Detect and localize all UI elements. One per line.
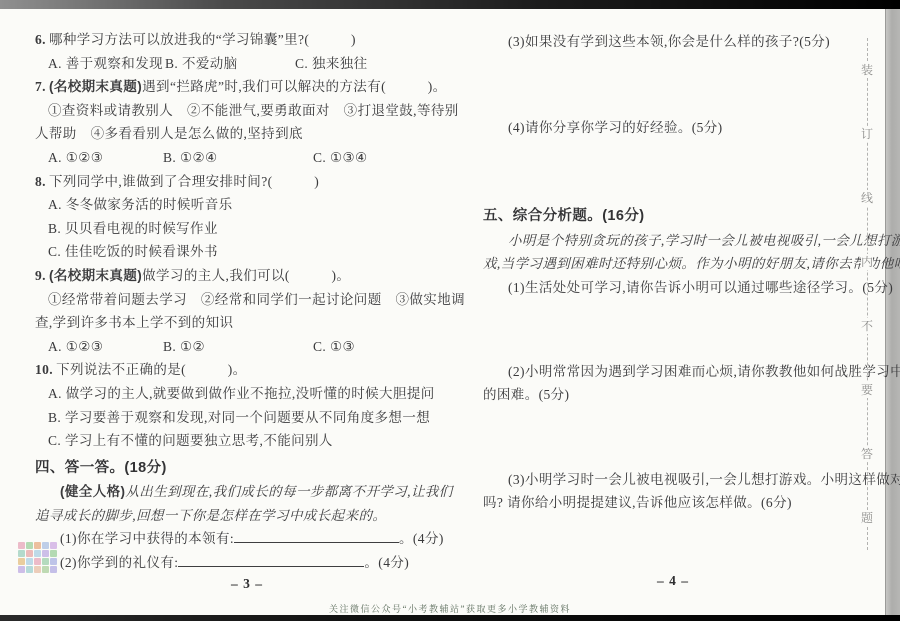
answer-blank-line [178,553,364,567]
question-10-option-a: A. 做学习的主人,就要做到做作业不拖拉,没听懂的时候大胆提问 [35,382,459,406]
blank-label: (2)你学到的礼仪有: [60,555,178,570]
section-4-item-3: (3)如果没有学到这些本领,你会是什么样的孩子?(5分) [483,30,863,54]
page-edge-shadow [885,9,900,615]
question-text: 下列同学中,谁做到了合理安排时间?( ) [49,174,319,189]
question-number: 7. [35,79,46,94]
blank-score: 。(4分) [364,555,409,570]
question-9-items-2: 查,学到许多书本上学不到的知识 [35,311,459,335]
question-10-stem: 10.下列说法不正确的是( )。 [35,358,459,382]
scanned-exam-page: { "left": { "q6": { "num": "6.", "text":… [0,0,900,621]
fill-blank-1: (1)你在学习中获得的本领有:。(4分) [35,527,459,551]
option-a: A. 善于观察和发现 [48,52,165,76]
question-8-option-a: A. 冬冬做家务活的时候听音乐 [35,193,459,217]
option-c: C. ①③ [313,335,355,359]
intro-text: 从出生到现在,我们成长的每一步都离不开学习,让我们 [125,484,452,499]
question-6-options: A. 善于观察和发现B. 不爱动脑C. 独来独往 [35,52,459,76]
section-5-title: 五、综合分析题。(16分) [483,205,863,229]
option-c: C. ①③④ [313,146,367,170]
section-4-item-4: (4)请你分享你学习的好经验。(5分) [483,116,863,140]
question-text: 做学习的主人,我们可以( )。 [142,268,350,283]
section-5-intro-1: 小明是个特别贪玩的孩子,学习时一会儿被电视吸引,一会儿想打游 [483,229,863,253]
question-number: 6. [35,32,46,47]
binding-line: 装订线内不要答题 [858,38,876,550]
question-6-stem: 6.哪种学习方法可以放进我的“学习锦囊”里?( ) [35,28,459,52]
fill-blank-2: (2)你学到的礼仪有:。(4分) [35,551,459,575]
option-b: B. ①②④ [163,146,313,170]
question-text: 遇到“拦路虎”时,我们可以解决的方法有( )。 [142,79,446,94]
blank-score: 。(4分) [399,531,444,546]
page-number-4: – 4 – [483,573,863,589]
scan-bottom-edge [0,615,900,621]
section-5-item-3-line-1: (3)小明学习时一会儿被电视吸引,一会儿想打游戏。小明这样做对 [483,468,863,492]
question-text: 哪种学习方法可以放进我的“学习锦囊”里?( ) [49,32,356,47]
page-number-3: – 3 – [35,576,459,592]
question-7-items-2: 人帮助 ④多看看别人是怎么做的,坚持到底 [35,122,459,146]
section-4-title: 四、答一答。(18分) [35,457,459,481]
question-number: 9. [35,268,46,283]
exam-source-tag: (名校期末真题) [49,79,142,94]
section-5-item-1: (1)生活处处可学习,请你告诉小明可以通过哪些途径学习。(5分) [483,276,863,300]
question-number: 8. [35,174,46,189]
exam-source-tag: (名校期末真题) [49,268,142,283]
option-a: A. ①②③ [48,146,163,170]
publisher-watermark: 关注微信公众号“小考教辅站”获取更多小学教辅资料 [0,602,900,615]
competency-tag: (健全人格) [60,484,125,499]
section-4-intro-1: (健全人格)从出生到现在,我们成长的每一步都离不开学习,让我们 [35,480,459,504]
option-c: C. 独来独往 [295,52,368,76]
question-7-stem: 7.(名校期末真题)遇到“拦路虎”时,我们可以解决的方法有( )。 [35,75,459,99]
question-9-stem: 9.(名校期末真题)做学习的主人,我们可以( )。 [35,264,459,288]
question-10-option-c: C. 学习上有不懂的问题要独立思考,不能问别人 [35,429,459,453]
option-b: B. ①② [163,335,313,359]
answer-blank-line [234,529,399,543]
section-4-intro-2: 追寻成长的脚步,回想一下你是怎样在学习中成长起来的。 [35,504,459,528]
section-5-intro-2: 戏,当学习遇到困难时还特别心烦。作为小明的好朋友,请你去帮助他吧。 [483,252,863,276]
colorful-watermark [18,542,60,573]
question-8-option-b: B. 贝贝看电视的时候写作业 [35,217,459,241]
section-5-item-2-line-2: 的困难。(5分) [483,383,863,407]
question-10-option-b: B. 学习要善于观察和发现,对同一个问题要从不同角度多想一想 [35,406,459,430]
scan-top-edge [0,0,900,9]
option-b: B. 不爱动脑 [165,52,295,76]
question-8-stem: 8.下列同学中,谁做到了合理安排时间?( ) [35,170,459,194]
section-5-item-2-line-1: (2)小明常常因为遇到学习困难而心烦,请你教教他如何战胜学习中 [483,360,863,384]
question-9-answers: A. ①②③B. ①②C. ①③ [35,335,459,359]
question-8-option-c: C. 佳佳吃饭的时候看课外书 [35,240,459,264]
option-a: A. ①②③ [48,335,163,359]
question-7-answers: A. ①②③B. ①②④C. ①③④ [35,146,459,170]
page-3-column: 6.哪种学习方法可以放进我的“学习锦囊”里?( ) A. 善于观察和发现B. 不… [35,28,459,575]
section-5-item-3-line-2: 吗? 请你给小明提提建议,告诉他应该怎样做。(6分) [483,491,863,515]
question-number: 10. [35,362,53,377]
page-4-column: (3)如果没有学到这些本领,你会是什么样的孩子?(5分) (4)请你分享你学习的… [483,30,863,515]
question-text: 下列说法不正确的是( )。 [56,362,247,377]
question-7-items-1: ①查资料或请教别人 ②不能泄气,要勇敢面对 ③打退堂鼓,等待别 [35,99,459,123]
blank-label: (1)你在学习中获得的本领有: [60,531,234,546]
question-9-items-1: ①经常带着问题去学习 ②经常和同学们一起讨论问题 ③做实地调 [35,288,459,312]
